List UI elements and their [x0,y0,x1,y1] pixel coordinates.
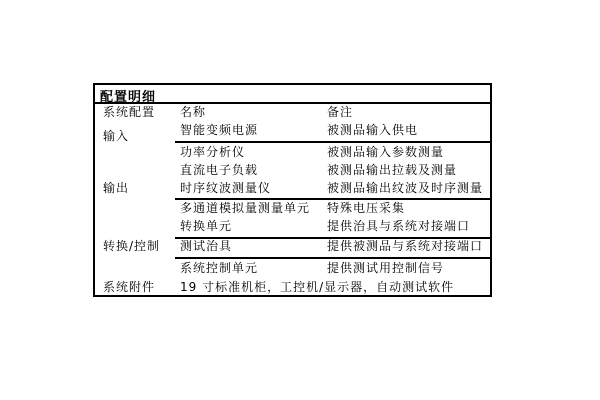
note-cell: 被测品输入参数测量 [327,145,444,159]
note-cell: 被测品输出纹波及时序测量 [327,181,483,195]
name-cell: 直流电子负载 [180,163,258,177]
header-col1: 系统配置 [103,105,155,119]
note-cell: 被测品输入供电 [327,123,418,137]
page-background: 配置明细 系统配置 名称 备注 智能变频电源 被测品输入供电 输入 功率分析仪 … [0,0,600,400]
header-col3: 备注 [327,105,353,119]
name-cell: 多通道模拟量测量单元 [180,201,310,215]
name-cell: 功率分析仪 [180,145,245,159]
group-label-accessories: 系统附件 [103,280,155,294]
row-divider [175,198,490,200]
name-cell: 时序纹波测量仪 [180,181,271,195]
group-label-input: 输入 [103,129,129,143]
name-cell: 智能变频电源 [180,123,258,137]
name-cell: 转换单元 [180,219,232,233]
group-label-convert-control: 转换/控制 [103,239,160,253]
note-cell: 提供测试用控制信号 [327,261,444,275]
group-label-output: 输出 [103,181,129,195]
title-divider [95,102,490,104]
accessories-value: 19 寸标准机柜，工控机/显示器，自动测试软件 [180,280,454,294]
config-table: 配置明细 系统配置 名称 备注 智能变频电源 被测品输入供电 输入 功率分析仪 … [93,83,492,297]
row-divider [175,257,490,259]
note-cell: 特殊电压采集 [327,201,405,215]
note-cell: 提供被测品与系统对接端口 [327,239,483,253]
name-cell: 测试治具 [180,239,232,253]
row-divider [175,141,490,143]
header-col2: 名称 [180,105,206,119]
note-cell: 被测品输出拉载及测量 [327,163,457,177]
name-cell: 系统控制单元 [180,261,258,275]
note-cell: 提供治具与系统对接端口 [327,219,470,233]
